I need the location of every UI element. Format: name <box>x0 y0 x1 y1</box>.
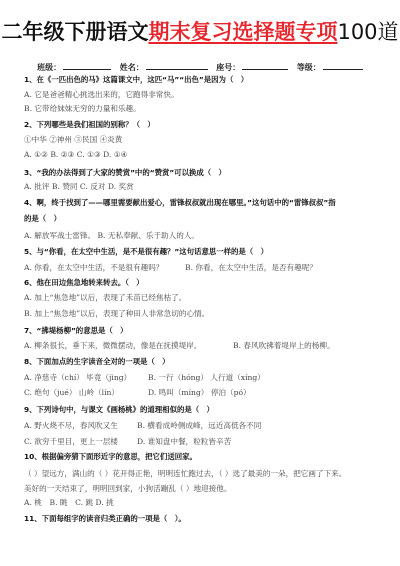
q1-option-a: A. 它是爸爸精心挑选出来的，它跑得非常快。 <box>24 89 179 101</box>
worksheet-page: 二年级下册语文期末复习选择题专项100道 班级： 姓名： 座号： 等级： 1、在… <box>0 0 400 566</box>
q5-option-b: B. 你看，在太空中生活，是否有趣呢？ <box>185 262 317 274</box>
q7-option-b: B. 春风吹拂着堤岸上的杨柳。 <box>233 340 335 352</box>
class-label: 班级： <box>37 62 61 72</box>
q9-option-d: D. 谁知盘中餐，粒粒皆辛苦 <box>137 436 231 448</box>
title-highlight: 期末复习选择题专项 <box>148 20 337 44</box>
q6-option-a: A. 加上“焦急地”以后，表现了禾苗已经焦枯了。 <box>24 292 186 304</box>
q10-passage-1: （ ）望远方，满山的（ ）花开得正艳，明明连忙跑过去，（ ）选了最美的一朵，把它… <box>24 468 346 480</box>
q9-option-b: B. 横看成岭侧成峰，远近高低各不同 <box>137 420 261 432</box>
question-10: 10、根据偏旁猜下面形近字的意思，把它们送回家。 <box>24 451 197 463</box>
grade-field[interactable] <box>323 60 363 70</box>
seat-label: 座号： <box>216 62 240 72</box>
title-suffix: 100道 <box>337 20 398 44</box>
q9-option-a: A. 野火烧不尽，春风吹又生 <box>24 420 118 432</box>
seat-field[interactable] <box>242 60 288 70</box>
name-field[interactable] <box>146 60 208 70</box>
question-8: 8、下面加点的生字读音全对的一项是（ ） <box>24 356 170 368</box>
student-info-row: 班级： 姓名： 座号： 等级： <box>0 60 400 75</box>
question-7: 7、“拂堤杨柳”的意思是（ ） <box>24 325 128 337</box>
q6-option-b: B. 加上“焦急地”以后，表现了种田人非常急切的心情。 <box>24 308 209 320</box>
q2-options: A. ①② B. ②③ C. ①③ D. ①④ <box>24 149 127 161</box>
question-4: 4、啊，终于找到了——哪里需要献出爱心，雷锋叔叔就出现在哪里。”这句话中的“雷锋… <box>24 197 336 209</box>
q10-options: A. 桃 B. 眺 C. 跳 D. 挑 <box>24 497 114 509</box>
q8-option-a: A. 净慈寺（chí） 毕竟（jìng） <box>24 372 131 384</box>
q8-option-c: C. 绝句（jué） 山岭（lín） <box>24 387 119 399</box>
q9-option-c: C. 欲穷千里目，更上一层楼 <box>24 436 118 448</box>
question-3: 3、“我的办法得到了大家的赞赏”中的“赞赏”可以换成（ ） <box>24 167 226 179</box>
question-4-cont: 的是（ ） <box>24 213 61 225</box>
q7-option-a: A. 柳条很长，垂下来，微微摆动，像是在抚摸堤岸。 <box>24 340 201 352</box>
q5-option-a: A. 你看，在太空中生活，不是很有趣吗？ <box>24 262 163 274</box>
grade-label: 等级： <box>297 62 321 72</box>
class-field[interactable] <box>63 60 111 70</box>
question-1: 1、在《一匹出色的马》这篇课文中，这匹“马”“出色”是因为（ ） <box>24 74 248 86</box>
name-label: 姓名： <box>120 62 144 72</box>
q3-options: A. 批评 B. 赞同 C. 反对 D. 奖赏 <box>24 181 134 193</box>
question-9: 9、下列诗句中，与课文《画杨桃》的道理相似的是（ ） <box>24 404 214 416</box>
q8-option-d: D. 鸣叫（míng） 停泊（pó） <box>148 387 251 399</box>
question-11: 11、下面每组字的读音归类正确的一项是（ ）。 <box>24 513 186 525</box>
question-2: 2、下列哪些是我们祖国的别称？（ ） <box>24 119 155 131</box>
q10-passage-2: 美好的一天结束了，明明回到家，小狗活蹦乱（ ）地迎接他。 <box>24 483 231 495</box>
q2-items: ①中华 ②神州 ③民国 ④炎黄 <box>24 134 122 146</box>
title-prefix: 二年级下册语文 <box>1 20 148 44</box>
q1-option-b: B. 它带给妹妹无穷的力量和乐趣。 <box>24 103 141 115</box>
q8-option-b: B. 一行（hóng） 人行道（xíng） <box>148 372 265 384</box>
q4-options: A. 解放军战士雷锋。 B. 无私奉献、乐于助人的人。 <box>24 230 199 242</box>
question-6: 6、他在田边焦急地转来转去。（ ） <box>24 277 144 289</box>
question-5: 5、与“你看，在太空中生活，是不是很有趣？”这句话意思一样的是（ ） <box>24 246 268 258</box>
page-title: 二年级下册语文期末复习选择题专项100道 <box>0 18 400 46</box>
